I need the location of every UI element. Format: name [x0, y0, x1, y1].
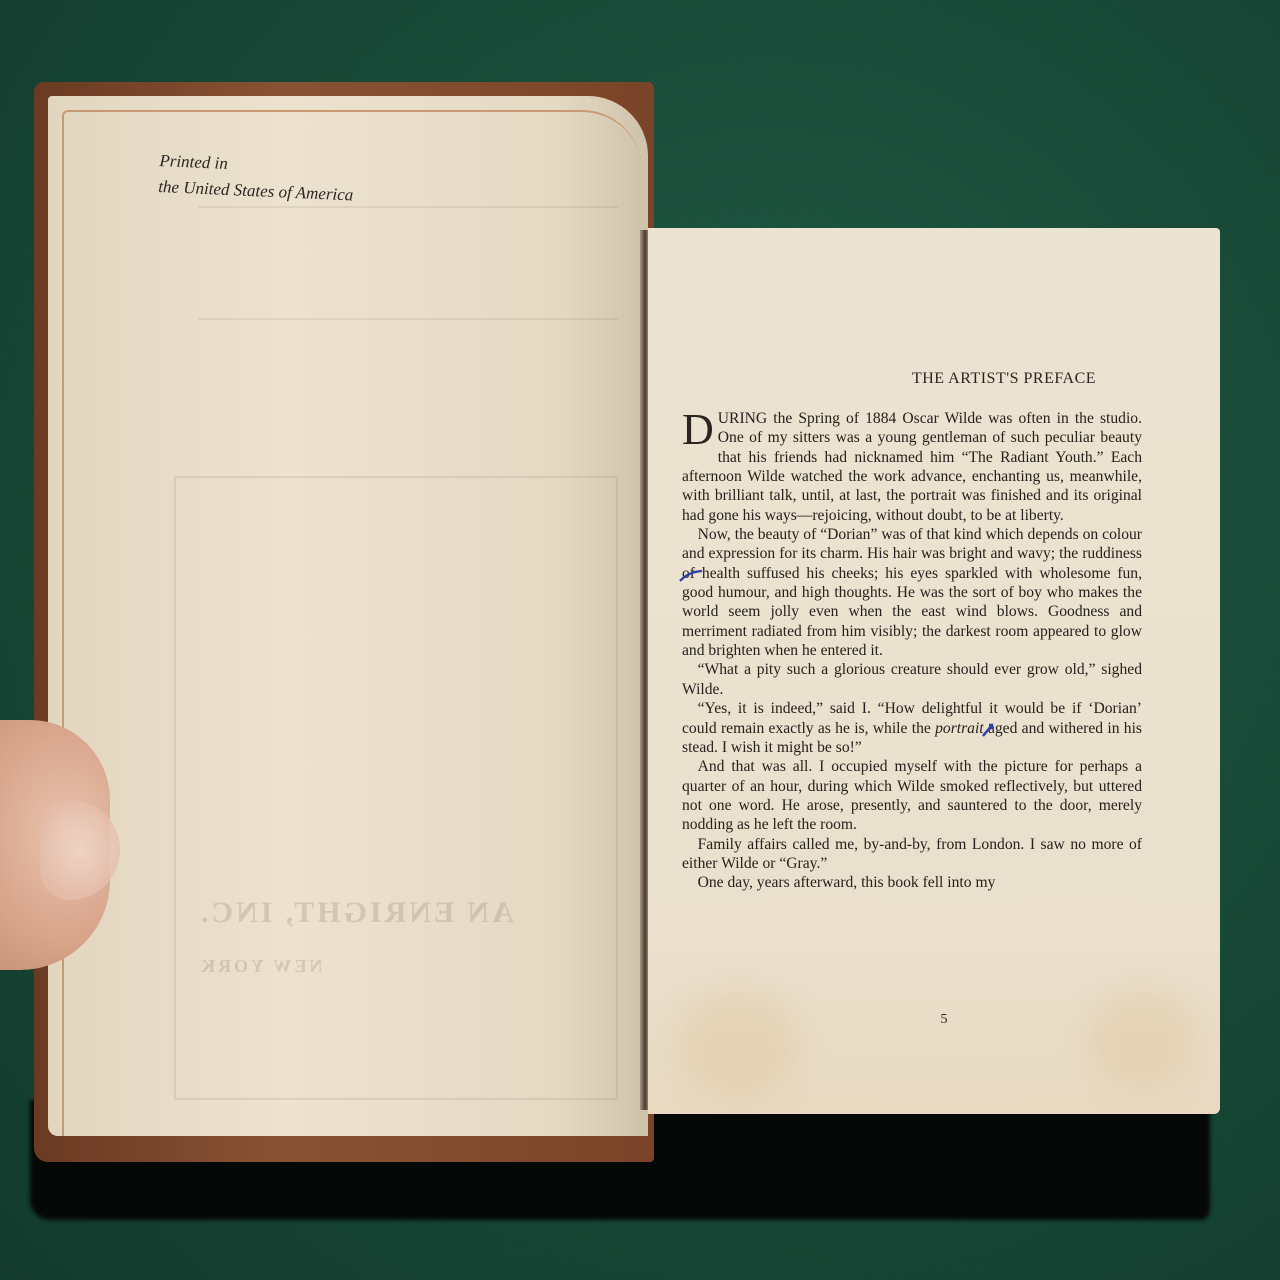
bleed-through-city: NEW YORK [198, 956, 323, 977]
paragraph: Family affairs called me, by-and-by, fro… [682, 835, 1142, 874]
left-page: AN ENRIGHT, INC. NEW YORK [48, 96, 648, 1136]
italic-word: portrait [935, 720, 984, 737]
drop-cap: D [682, 411, 714, 449]
bleed-through-title-frame [198, 206, 618, 320]
bleed-through-publisher: AN ENRIGHT, INC. [198, 896, 514, 930]
pen-slash-mark-icon [980, 722, 996, 738]
preface-body: DURING the Spring of 1884 Oscar Wilde wa… [682, 409, 1142, 893]
paragraph: “What a pity such a glorious creature sh… [682, 660, 1142, 699]
right-page: THE ARTIST'S PREFACE DURING the Spring o… [648, 228, 1220, 1114]
foxing-stain [1088, 988, 1198, 1088]
bleed-through-frame [174, 476, 618, 1100]
foxing-stain [678, 988, 798, 1098]
paragraph: DURING the Spring of 1884 Oscar Wilde wa… [682, 409, 1142, 525]
chapter-heading: THE ARTIST'S PREFACE [648, 370, 1220, 388]
pen-tick-mark-icon [678, 568, 706, 584]
paragraph: “Yes, it is indeed,” said I. “How deligh… [682, 699, 1142, 757]
paragraph: And that was all. I occupied myself with… [682, 757, 1142, 834]
page-number: 5 [648, 1012, 1220, 1028]
paragraph: Now, the beauty of “Dorian” was of that … [682, 525, 1142, 660]
printed-in-imprint: Printed in the United States of America [158, 148, 355, 208]
paragraph: One day, years afterward, this book fell… [682, 873, 1142, 892]
